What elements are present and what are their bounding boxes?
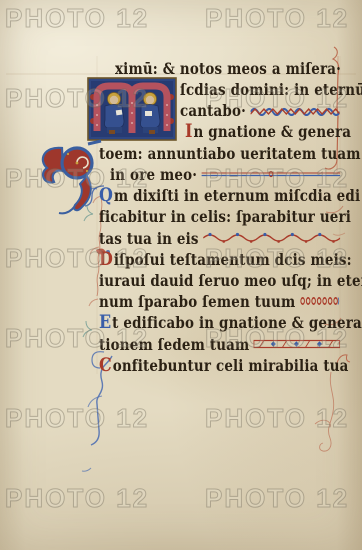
- versal-initial: C: [99, 356, 112, 375]
- manuscript-page: ximū: & notos meos a miſera· ſcdias domi…: [0, 0, 362, 550]
- text-line: D iſpoſui teſtamentum dcis meis:: [99, 249, 340, 269]
- text-line: C onfitebuntur celi mirabilia tua: [99, 355, 340, 375]
- versal-initial: I: [185, 122, 193, 141]
- line-text: ficabitur in celis: ſparabitur ueri: [99, 207, 351, 226]
- watermark: PHOTO 12: [205, 3, 349, 34]
- line-text: ximū: & notos meos a miſera·: [115, 59, 341, 78]
- line-text: toem: annuntiabo ueritatem tuam: [99, 144, 361, 163]
- line-filler-chevron: [250, 104, 339, 116]
- watermark: PHOTO 12: [5, 403, 149, 434]
- line-text: n gnatione & genera: [193, 122, 351, 141]
- line-text: ſcdias domini: in eternū: [180, 80, 362, 99]
- watermark: PHOTO 12: [205, 403, 349, 434]
- historiated-initial-M: [87, 77, 177, 141]
- green-sprigs: [83, 205, 93, 337]
- line-text: tas tua in eis: [99, 229, 199, 248]
- line-filler-berries: [300, 295, 340, 307]
- text-line: tas tua in eis: [99, 228, 340, 248]
- line-filler-rule: [201, 168, 340, 180]
- text-line: toem: annuntiabo ueritatem tuam: [99, 143, 340, 163]
- line-text: iuraui dauid ſeruo meo uſq; in eter: [99, 271, 362, 290]
- versal-initial: Q: [99, 186, 113, 205]
- watermark: PHOTO 12: [5, 483, 149, 514]
- versal-initial: D: [99, 250, 113, 269]
- watermark: PHOTO 12: [5, 3, 149, 34]
- text-line: E t edificabo in gnatione & genera: [99, 312, 340, 332]
- versal-initial: E: [99, 313, 111, 332]
- text-line: cantabo·: [180, 100, 340, 120]
- text-line: tionem ſedem tuam: [99, 334, 340, 354]
- line-text: onfitebuntur celi mirabilia tua: [113, 356, 349, 375]
- text-line: I n gnatione & genera: [185, 121, 340, 141]
- line-filler-bar: [254, 338, 340, 350]
- line-filler-vine: [203, 232, 340, 244]
- line-text: tionem ſedem tuam: [99, 335, 249, 354]
- text-line: Q m dixiſti in eternum miſcdia edi: [99, 185, 340, 205]
- line-text: iſpoſui teſtamentum dcis meis:: [114, 250, 352, 269]
- watermark: PHOTO 12: [205, 483, 349, 514]
- line-text: in ore meo·: [110, 165, 197, 184]
- line-text: m dixiſti in eternum miſcdia edi: [114, 186, 360, 205]
- text-line: ximū: & notos meos a miſera·: [115, 58, 340, 78]
- text-line: ficabitur in celis: ſparabitur ueri: [99, 206, 340, 226]
- line-text: num ſparabo ſemen tuum: [99, 292, 295, 311]
- line-text: cantabo·: [180, 101, 246, 120]
- initial-tail-flourish: [38, 138, 102, 218]
- text-line: num ſparabo ſemen tuum: [99, 291, 340, 311]
- line-text: t edificabo in gnatione & genera: [112, 313, 362, 332]
- text-line: in ore meo·: [110, 164, 340, 184]
- text-line: iuraui dauid ſeruo meo uſq; in eter: [99, 270, 340, 290]
- lower-right-flourish: [315, 372, 334, 451]
- text-line: ſcdias domini: in eternū: [180, 79, 340, 99]
